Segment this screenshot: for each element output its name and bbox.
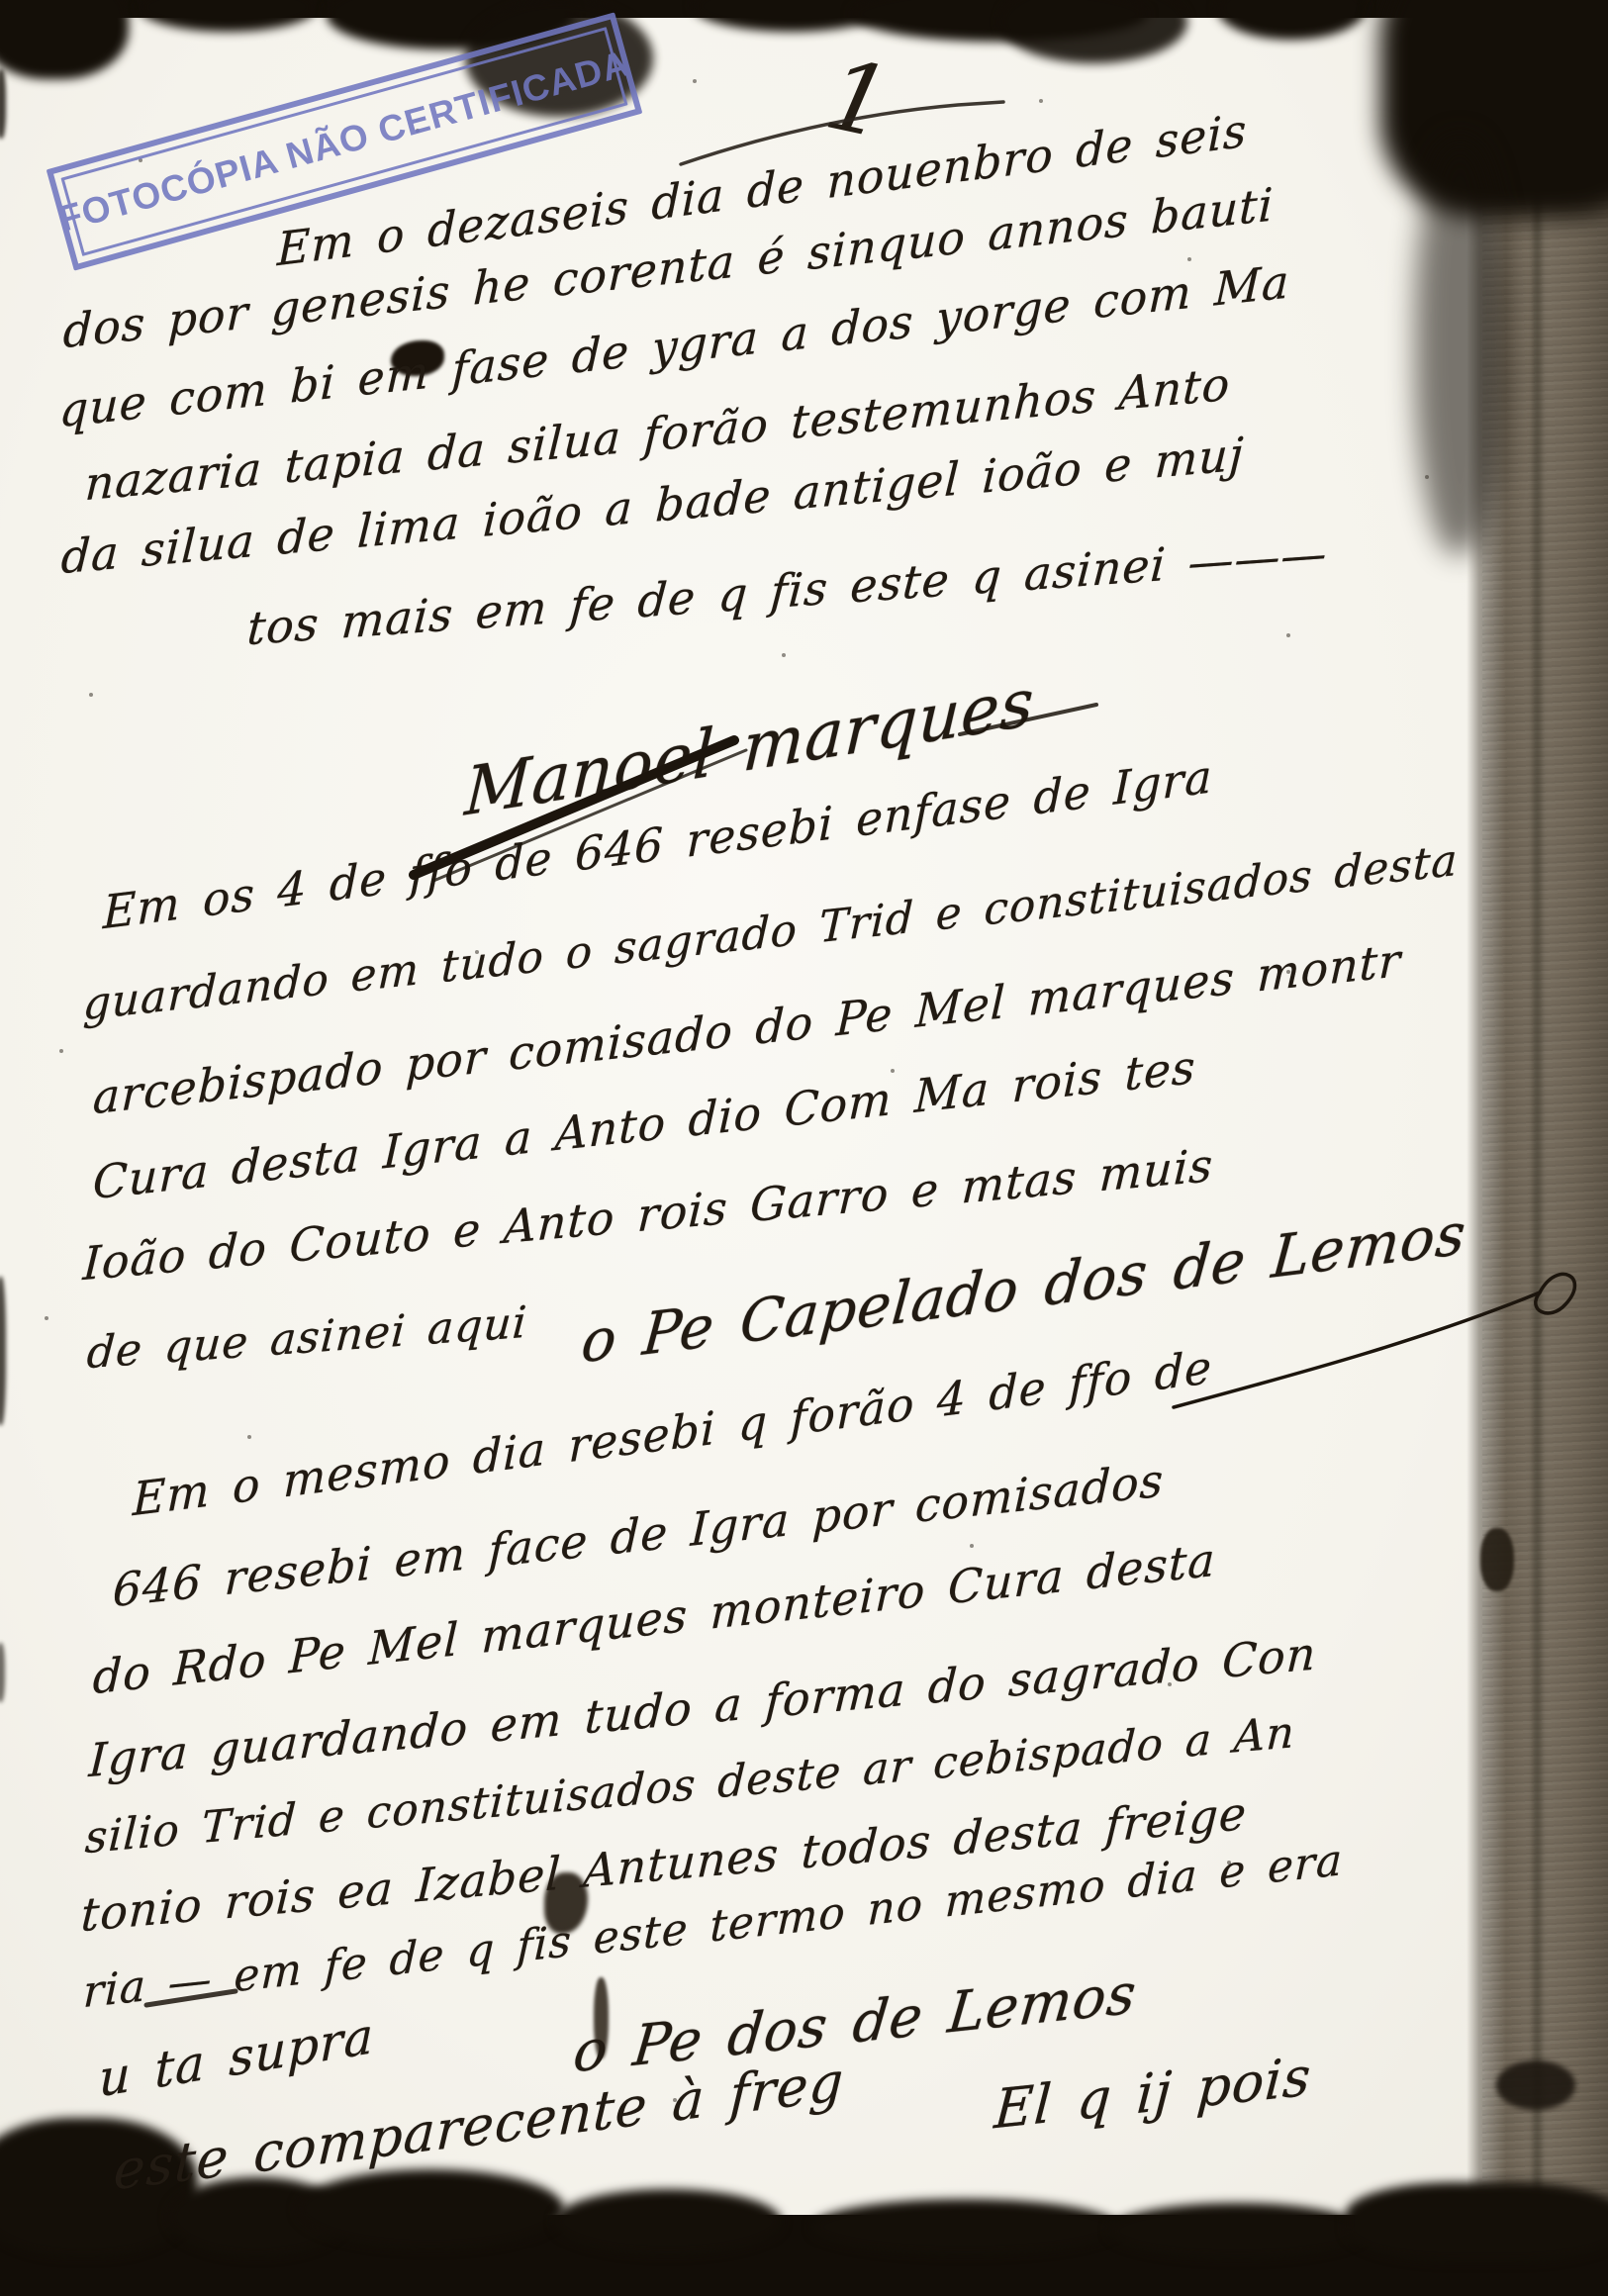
toner-blob bbox=[139, 0, 317, 32]
closing-scrawl-right: El q ij pois bbox=[993, 2045, 1314, 2141]
book-gutter-seam bbox=[1533, 0, 1542, 2296]
scan-edge-speck bbox=[0, 1643, 5, 1702]
toner-blob bbox=[554, 2189, 782, 2254]
scan-edge-shadow bbox=[1415, 139, 1504, 554]
scan-corner-shadow bbox=[1380, 0, 1608, 218]
manuscript-line: u ta supra bbox=[98, 2007, 374, 2109]
scan-edge-speck bbox=[0, 69, 6, 139]
manuscript-line: de que asinei aqui bbox=[85, 1297, 528, 1379]
toner-blob bbox=[1217, 0, 1366, 40]
gutter-ink-mark bbox=[1480, 1528, 1514, 1591]
signature-lemos: o Pe dos de Lemos bbox=[571, 1961, 1140, 2086]
scan-edge-speck bbox=[0, 1277, 6, 1425]
scanned-manuscript-page: { "stamp": { "text": "FOTOCÓPIA NÃO CERT… bbox=[0, 0, 1608, 2296]
toner-blob bbox=[999, 0, 1187, 63]
toner-blob bbox=[0, 0, 129, 79]
toner-blob bbox=[1346, 2182, 1608, 2261]
toner-blob bbox=[811, 2199, 1118, 2254]
toner-blob bbox=[1108, 2203, 1366, 2258]
gutter-ink-mark bbox=[1496, 2060, 1575, 2110]
toner-blob bbox=[297, 2169, 564, 2248]
folio-number: 1 bbox=[816, 39, 900, 161]
